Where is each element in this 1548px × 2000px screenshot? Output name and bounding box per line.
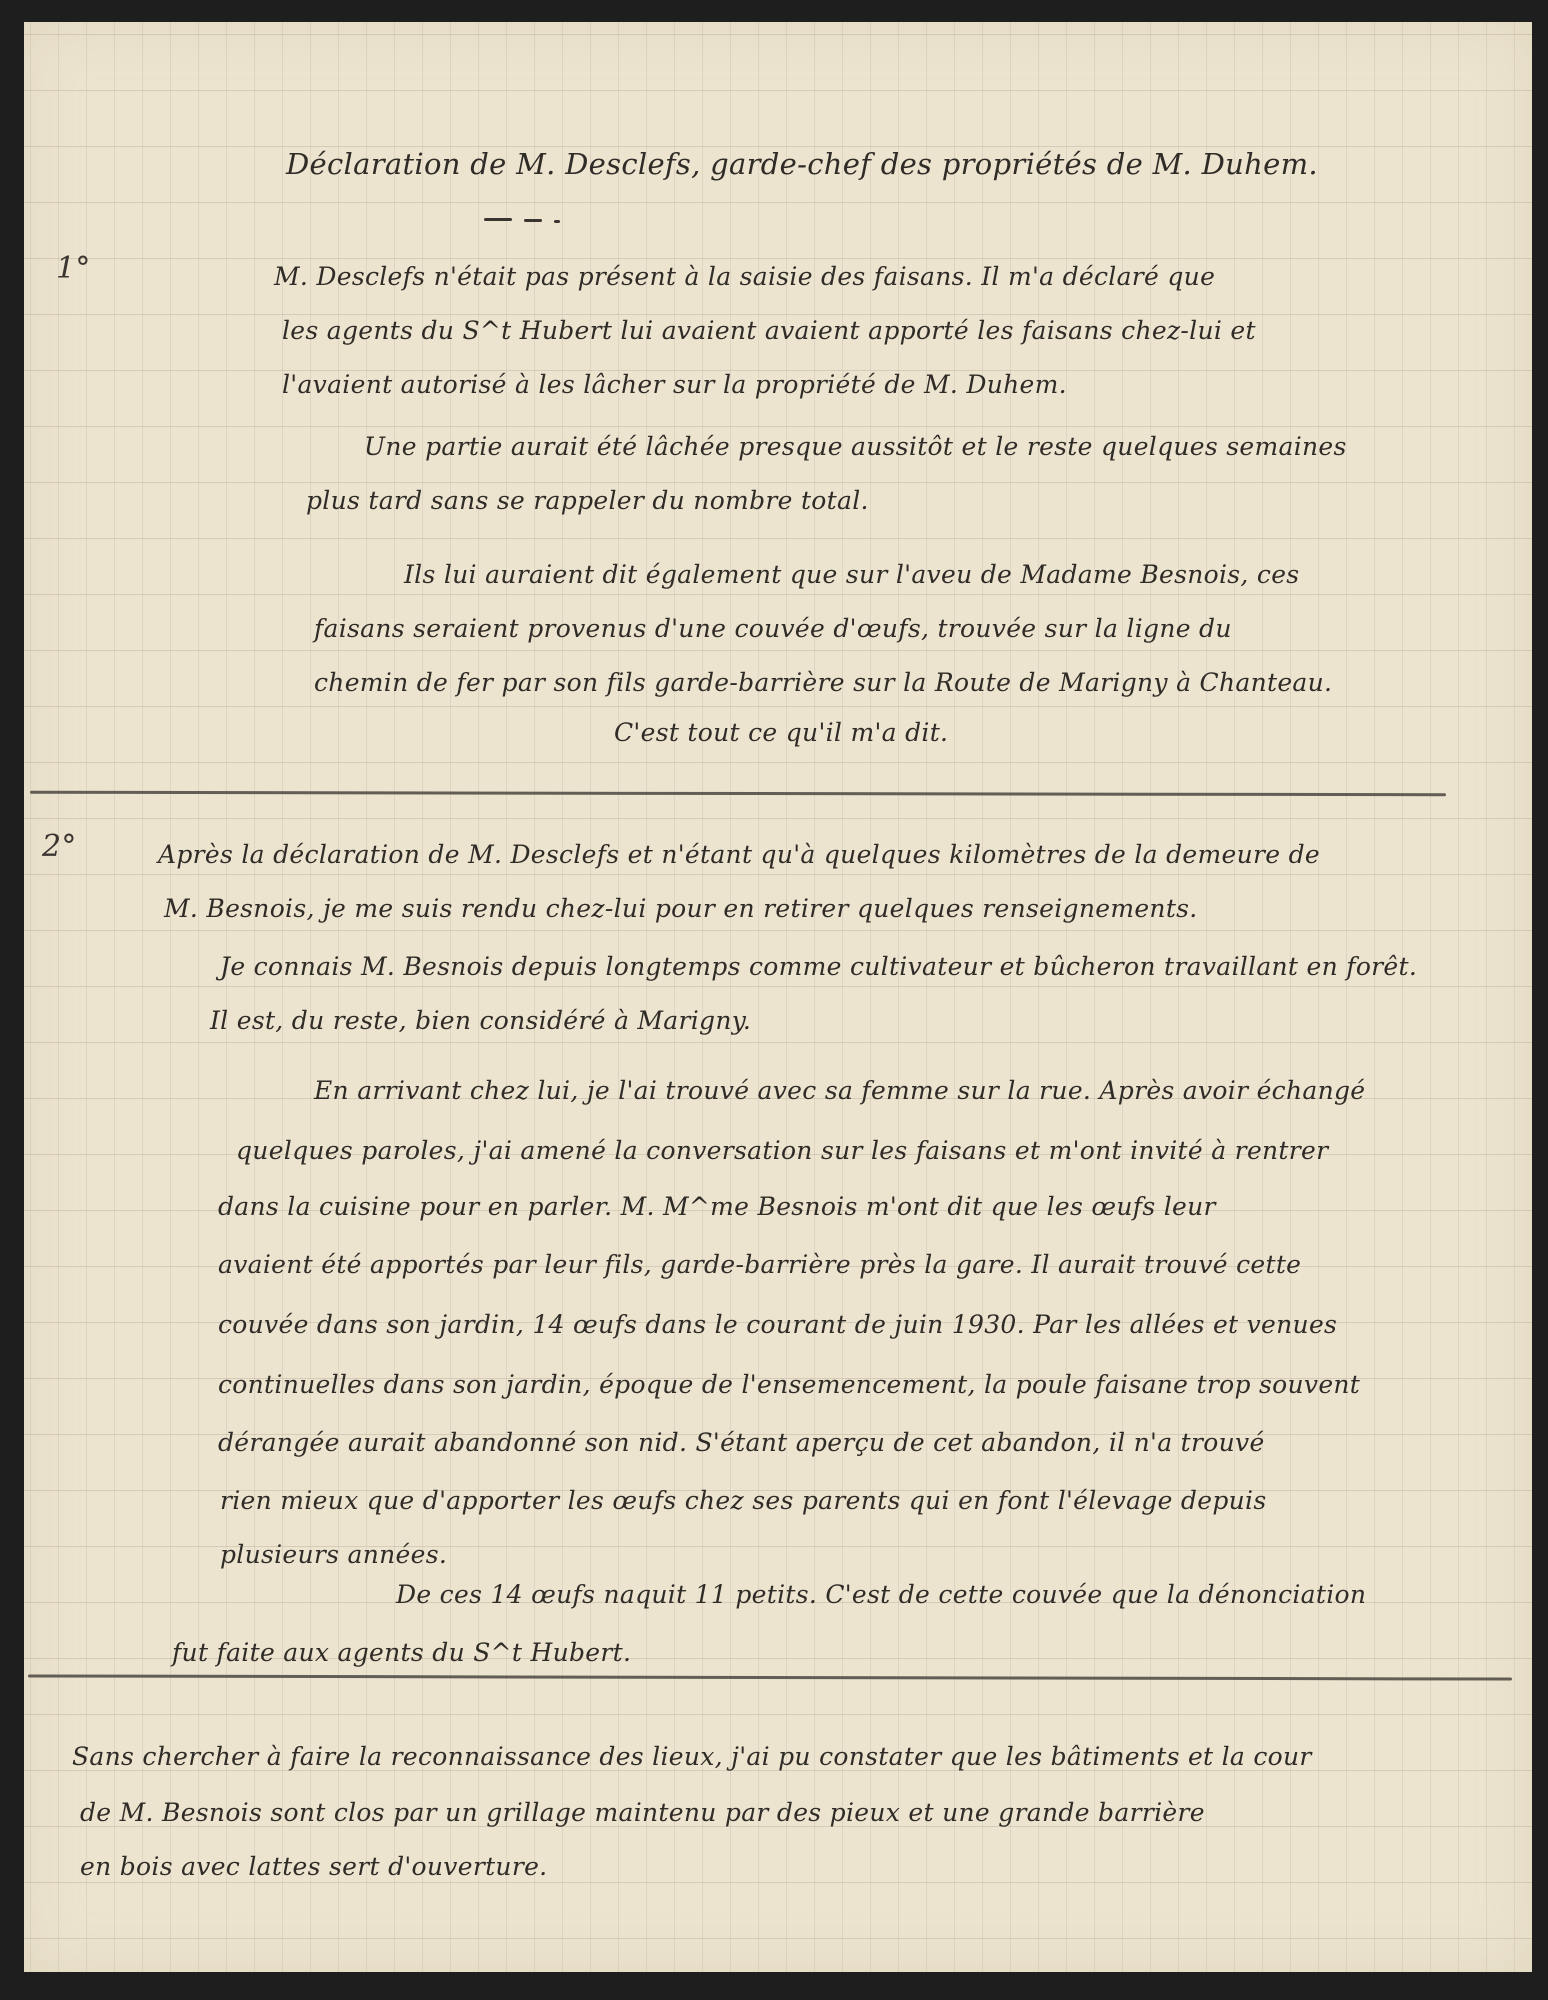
section-2-line: rien mieux que d'apporter les œufs chez … — [220, 1488, 1266, 1513]
title-ornament — [554, 220, 560, 223]
closing-line: de M. Besnois sont clos par un grillage … — [80, 1800, 1205, 1825]
section-2-line: En arrivant chez lui, je l'ai trouvé ave… — [314, 1078, 1365, 1103]
section-2-line: M. Besnois, je me suis rendu chez-lui po… — [164, 896, 1198, 921]
section-1-line: Une partie aurait été lâchée presque aus… — [364, 434, 1347, 459]
section-2-line: couvée dans son jardin, 14 œufs dans le … — [218, 1312, 1337, 1337]
section-number-1: 1° — [56, 254, 91, 284]
section-2-line: dérangée aurait abandonné son nid. S'éta… — [218, 1430, 1265, 1455]
section-2-line: Je connais M. Besnois depuis longtemps c… — [220, 954, 1417, 979]
section-2-line: dans la cuisine pour en parler. M. M^me … — [218, 1194, 1216, 1219]
section-1-line: l'avaient autorisé à les lâcher sur la p… — [282, 372, 1067, 397]
section-2-line: De ces 14 œufs naquit 11 petits. C'est d… — [396, 1582, 1366, 1607]
section-divider — [30, 791, 1446, 796]
manuscript-page: Déclaration de M. Desclefs, garde-chef d… — [24, 22, 1532, 1972]
section-2-line: Après la déclaration de M. Desclefs et n… — [158, 842, 1320, 867]
title-ornament — [524, 219, 542, 222]
section-1-line: M. Desclefs n'était pas présent à la sai… — [274, 264, 1215, 289]
section-1-line: chemin de fer par son fils garde-barrièr… — [314, 670, 1332, 695]
section-1-line: plus tard sans se rappeler du nombre tot… — [306, 488, 869, 513]
section-number-2: 2° — [42, 832, 77, 862]
section-2-line: continuelles dans son jardin, époque de … — [218, 1372, 1360, 1397]
section-2-line: plusieurs années. — [220, 1542, 447, 1567]
section-2-line: quelques paroles, j'ai amené la conversa… — [236, 1138, 1328, 1163]
closing-line: en bois avec lattes sert d'ouverture. — [80, 1854, 547, 1879]
section-2-line: avaient été apportés par leur fils, gard… — [218, 1252, 1301, 1277]
section-1-line: les agents du S^t Hubert lui avaient ava… — [282, 318, 1256, 343]
document-title: Déclaration de M. Desclefs, garde-chef d… — [286, 150, 1318, 179]
section-divider — [28, 1674, 1512, 1680]
section-1-line: C'est tout ce qu'il m'a dit. — [614, 720, 948, 745]
section-1-line: faisans seraient provenus d'une couvée d… — [314, 616, 1232, 641]
section-2-line: Il est, du reste, bien considéré à Marig… — [210, 1008, 751, 1033]
closing-line: Sans chercher à faire la reconnaissance … — [72, 1744, 1312, 1769]
title-ornament — [484, 218, 512, 221]
section-1-line: Ils lui auraient dit également que sur l… — [404, 562, 1299, 587]
section-2-line: fut faite aux agents du S^t Hubert. — [172, 1640, 631, 1665]
